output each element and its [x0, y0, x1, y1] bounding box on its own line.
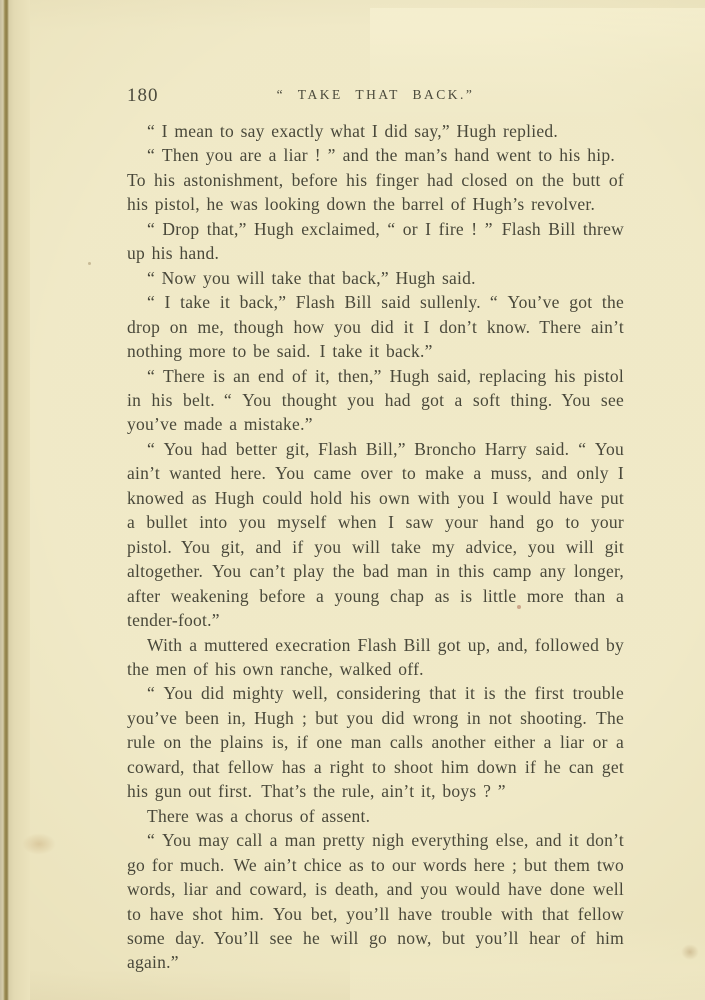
page-header: 180 “ TAKE THAT BACK.” — [127, 85, 624, 107]
body-text: “ I mean to say exactly what I did say,”… — [127, 119, 624, 975]
running-title: “ TAKE THAT BACK.” — [127, 87, 624, 103]
paragraph: “ Drop that,” Hugh exclaimed, “ or I fir… — [127, 217, 624, 266]
page-stain — [22, 833, 56, 855]
paragraph: “ I take it back,” Flash Bill said sulle… — [127, 290, 624, 363]
paragraph: There was a chorus of assent. — [127, 804, 624, 828]
paragraph: “ You may call a man pretty nigh everyth… — [127, 828, 624, 975]
paragraph: “ Now you will take that back,” Hugh sai… — [127, 266, 624, 290]
paragraph: “ Then you are a liar ! ” and the man’s … — [127, 143, 624, 216]
page-speck — [88, 262, 91, 265]
paragraph: “ I mean to say exactly what I did say,”… — [127, 119, 624, 143]
paragraph: “ You did mighty well, considering that … — [127, 681, 624, 803]
page-stain — [681, 944, 699, 960]
paragraph: “ You had better git, Flash Bill,” Bronc… — [127, 437, 624, 633]
paragraph: “ There is an end of it, then,” Hugh sai… — [127, 364, 624, 437]
book-page-scan: 180 “ TAKE THAT BACK.” “ I mean to say e… — [0, 0, 705, 1000]
paragraph: With a muttered execration Flash Bill go… — [127, 633, 624, 682]
